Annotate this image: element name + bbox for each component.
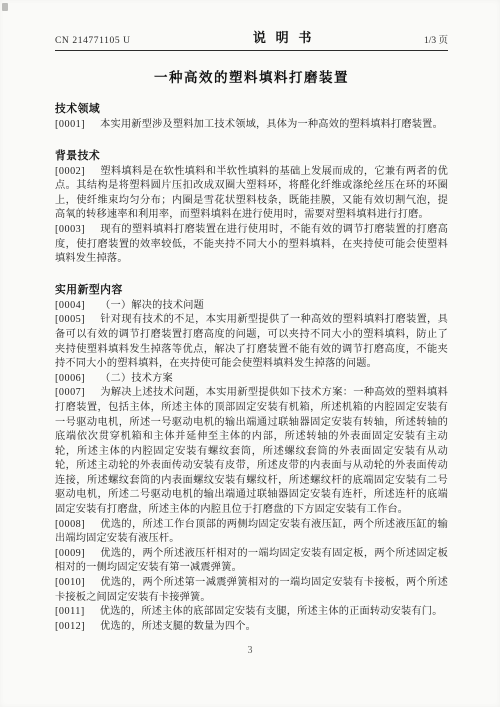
paragraph-text: 现有的塑料填料打磨装置在进行使用时，不能有效的调节打磨装置的打磨高度，使打磨装置… — [55, 224, 448, 264]
publication-number: CN 214771105 U — [55, 36, 131, 46]
document-body: 技术领域[0001]本实用新型涉及塑料加工技术领域，具体为一种高效的塑料填料打磨… — [55, 101, 448, 634]
paragraph-number: [0008] — [55, 518, 100, 533]
numbered-paragraph: [0012]优选的，所述支腿的数量为四个。 — [55, 620, 448, 635]
page-indicator: 1/3 页 — [424, 32, 448, 46]
numbered-paragraph: [0006]（二）技术方案 — [55, 372, 448, 387]
numbered-paragraph: [0009]优选的，两个所述液压杆相对的一端均固定安装有固定板，两个所述固定板相… — [55, 547, 448, 576]
numbered-paragraph: [0008]优选的，所述工作台顶部的两侧均固定安装有液压缸，两个所述液压缸的输出… — [55, 518, 448, 547]
page-number: 3 — [248, 645, 253, 656]
scan-artifact — [2, 3, 8, 11]
paragraph-number: [0004] — [55, 299, 100, 314]
paragraph-number: [0001] — [55, 118, 100, 133]
section-heading: 背景技术 — [55, 148, 448, 163]
document-header: CN 214771105 U 说明书 1/3 页 — [55, 0, 448, 46]
paragraph-number: [0002] — [55, 165, 100, 180]
paragraph-text: 优选的，所述工作台顶部的两侧均固定安装有液压缸，两个所述液压缸的输出端均固定安装… — [55, 519, 448, 545]
section-heading: 技术领域 — [55, 101, 448, 116]
document-type-title: 说明书 — [243, 27, 321, 46]
paragraph-text: 本实用新型涉及塑料加工技术领域，具体为一种高效的塑料填料打磨装置。 — [100, 119, 443, 130]
page-footer: 3 — [0, 645, 500, 656]
paragraph-number: [0010] — [55, 576, 100, 591]
numbered-paragraph: [0003]现有的塑料填料打磨装置在进行使用时，不能有效的调节打磨装置的打磨高度… — [55, 223, 448, 267]
paragraph-text: 优选的，所述支腿的数量为四个。 — [100, 621, 256, 632]
invention-title: 一种高效的塑料填料打磨装置 — [55, 66, 448, 86]
numbered-paragraph: [0001]本实用新型涉及塑料加工技术领域，具体为一种高效的塑料填料打磨装置。 — [55, 118, 448, 133]
paragraph-number: [0006] — [55, 372, 100, 387]
document-section: 技术领域[0001]本实用新型涉及塑料加工技术领域，具体为一种高效的塑料填料打磨… — [55, 101, 448, 133]
paragraph-text: （一）解决的技术问题 — [100, 300, 204, 311]
paragraph-text: 优选的，两个所述液压杆相对的一端均固定安装有固定板，两个所述固定板相对的一侧均固… — [55, 548, 448, 574]
numbered-paragraph: [0004]（一）解决的技术问题 — [55, 299, 448, 314]
patent-specification-page: CN 214771105 U 说明书 1/3 页 一种高效的塑料填料打磨装置 技… — [0, 0, 500, 707]
section-heading: 实用新型内容 — [55, 282, 448, 297]
numbered-paragraph: [0010]优选的，两个所述第一减震弹簧相对的一端均固定安装有卡接板，两个所述卡… — [55, 576, 448, 605]
paragraph-number: [0003] — [55, 223, 100, 238]
paragraph-number: [0012] — [55, 620, 100, 635]
header-rule — [55, 50, 448, 51]
page-content: CN 214771105 U 说明书 1/3 页 一种高效的塑料填料打磨装置 技… — [55, 0, 448, 634]
paragraph-number: [0005] — [55, 313, 100, 328]
numbered-paragraph: [0002]塑料填料是在软性填料和半软性填料的基础上发展而成的，它兼有两者的优点… — [55, 165, 448, 223]
numbered-paragraph: [0011]优选的，所述主体的底部固定安装有支腿，所述主体的正面转动安装有门。 — [55, 605, 448, 620]
paragraph-text: （二）技术方案 — [100, 373, 173, 384]
paragraph-text: 优选的，所述主体的底部固定安装有支腿，所述主体的正面转动安装有门。 — [100, 606, 443, 617]
paragraph-number: [0009] — [55, 547, 100, 562]
document-section: 背景技术[0002]塑料填料是在软性填料和半软性填料的基础上发展而成的，它兼有两… — [55, 148, 448, 267]
numbered-paragraph: [0005]针对现有技术的不足，本实用新型提供了一种高效的塑料填料打磨装置，具备… — [55, 313, 448, 371]
paragraph-text: 优选的，两个所述第一减震弹簧相对的一端均固定安装有卡接板，两个所述卡接板之间固定… — [55, 577, 448, 603]
paragraph-text: 为解决上述技术问题，本实用新型提供如下技术方案：一种高效的塑料填料打磨装置，包括… — [55, 387, 448, 515]
numbered-paragraph: [0007]为解决上述技术问题，本实用新型提供如下技术方案：一种高效的塑料填料打… — [55, 386, 448, 517]
paragraph-number: [0011] — [55, 605, 100, 620]
document-section: 实用新型内容[0004]（一）解决的技术问题[0005]针对现有技术的不足，本实… — [55, 282, 448, 635]
paragraph-number: [0007] — [55, 386, 100, 401]
paragraph-text: 塑料填料是在软性填料和半软性填料的基础上发展而成的，它兼有两者的优点。其结构是将… — [55, 166, 448, 221]
paragraph-text: 针对现有技术的不足，本实用新型提供了一种高效的塑料填料打磨装置，具备可以有效的调… — [55, 314, 448, 369]
